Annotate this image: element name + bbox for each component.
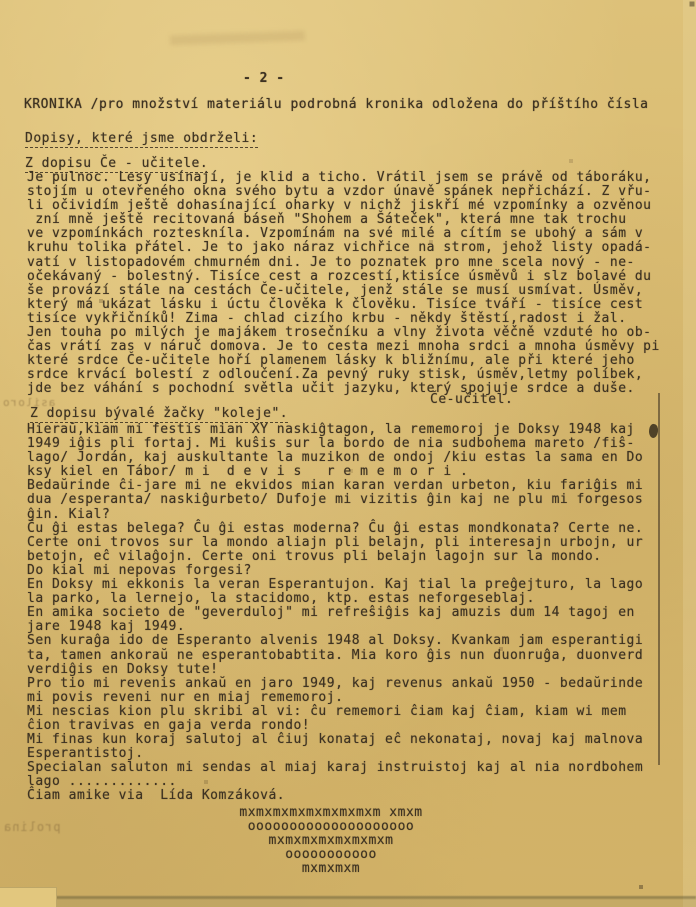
letter-1-body: Je pulnoc. Lesy usínají, je klid a ticho… bbox=[27, 171, 696, 397]
text-line: vatí v listopadovém chmurném dni. Je to … bbox=[27, 256, 696, 270]
scan-bottom-left-corner bbox=[0, 887, 57, 907]
text-line: ta, tamen ankoraŭ ne esperantobabtita. M… bbox=[27, 649, 696, 663]
text-line: Hieraŭ,kiam mi festis mian XY naskiĝtago… bbox=[27, 423, 696, 437]
page-number: - 2 - bbox=[243, 72, 285, 86]
paper-specks bbox=[0, 0, 2, 2]
text-line: Jen touha po milých je majákem trosečník… bbox=[27, 326, 696, 340]
text-line: Pro tio mi revenis ankaŭ en jaro 1949, k… bbox=[27, 677, 696, 691]
text-line: který má ukázat lásku i úctu člověka k č… bbox=[27, 298, 696, 312]
text-line: En Doksy mi ekkonis la veran Esperantujo… bbox=[27, 578, 696, 592]
scan-right-edge bbox=[683, 0, 696, 907]
text-line: Do kial mi nepovas forgesi? bbox=[27, 564, 696, 578]
text-line: mxmxmxmxmxmxmxm bbox=[0, 834, 679, 848]
text-line: dua /esperanta/ naskiĝurbeto/ Dufoje mi … bbox=[27, 493, 696, 507]
scanned-document-page: - 2 - KRONIKA /pro množství materiálu po… bbox=[0, 0, 696, 907]
letter-2-body: Hieraŭ,kiam mi festis mian XY naskiĝtago… bbox=[27, 423, 696, 804]
paper-crease-line bbox=[658, 393, 660, 765]
section-heading-zacky: Z dopisu bývalé žačky "koleje". bbox=[30, 406, 288, 423]
heading-text: Z dopisu bývalé žačky "koleje". bbox=[30, 406, 288, 423]
section-heading-dopisy: Dopisy, které jsme obdrželi: bbox=[25, 131, 258, 148]
ink-bleed-text-left: asiloro bbox=[2, 396, 55, 409]
text-line: Ĉu ĝi estas belega? Ĉu ĝi estas moderna?… bbox=[27, 522, 696, 536]
heading-text: Dopisy, které jsme obdrželi: bbox=[25, 131, 258, 148]
text-line: Je pulnoc. Lesy usínají, je klid a ticho… bbox=[27, 171, 696, 185]
kronika-line: KRONIKA /pro množství materiálu podrobná… bbox=[24, 98, 649, 112]
text-line: oooooooooooooooooooo bbox=[0, 820, 679, 834]
text-line: betojn, eĉ vilaĝojn. Certe oni trovus pl… bbox=[27, 550, 696, 564]
text-line: tisíce vykřičníků! Zima - chlad cizího k… bbox=[27, 312, 696, 326]
text-line: jde bez váhání s pochodní světla učit ja… bbox=[27, 382, 696, 396]
scan-bottom-edge-tint bbox=[0, 899, 696, 907]
text-line: ĝin. Kial? bbox=[27, 508, 696, 522]
text-line: mxmxmxm bbox=[0, 862, 679, 876]
paper-smudge bbox=[170, 31, 305, 46]
text-line: verdiĝis en Doksy tute! bbox=[27, 663, 696, 677]
text-line: še provází stále na cestách Če-učitele, … bbox=[27, 284, 696, 298]
text-line: Ĉiam amike via Lída Komzáková. bbox=[27, 789, 696, 803]
text-line: kruhu tolika přátel. Je to jako náraz vi… bbox=[27, 241, 696, 255]
text-line: očekávaný - bolestný. Tisíce cest a rozc… bbox=[27, 270, 696, 284]
text-line: Mi nescias kion plu skribi al vi: ĉu rem… bbox=[27, 705, 696, 719]
letter-1-signature: Če-učitel. bbox=[430, 393, 513, 407]
text-line: Sen kuraĝa ido de Esperanto alvenis 1948… bbox=[27, 634, 696, 648]
decorative-typing-block: mxmxmxmxmxmxmxmxm xmxmoooooooooooooooooo… bbox=[0, 806, 679, 876]
ink-bleed-text-bottom: prolina bbox=[3, 820, 61, 834]
text-line: Certe oni trovos sur la mondo aliajn pli… bbox=[27, 536, 696, 550]
text-line: mi povis reveni nur en miaj rememoroj. bbox=[27, 691, 696, 705]
text-line: ĉion travivas en gaja verda rondo! bbox=[27, 719, 696, 733]
text-line: ooooooooooo bbox=[0, 848, 679, 862]
text-line: mxmxmxmxmxmxmxmxm xmxm bbox=[0, 806, 679, 820]
